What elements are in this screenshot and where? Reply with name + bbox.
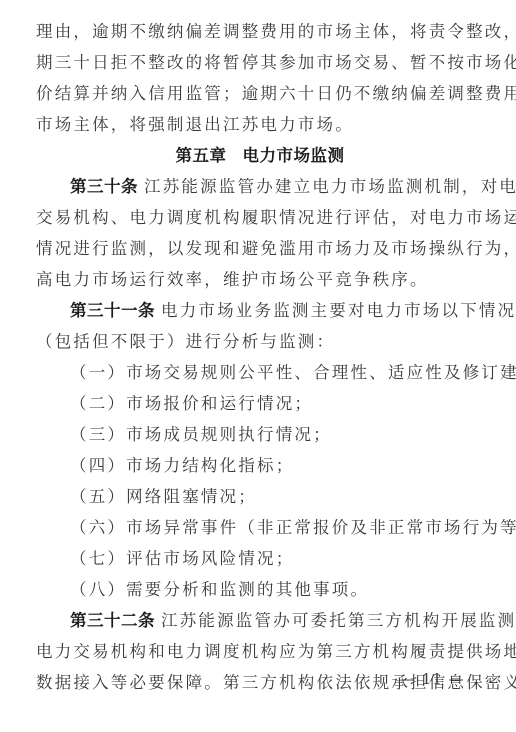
list-item: （二）市场报价和运行情况；	[36, 388, 474, 419]
article-31: 第三十一条电力市场业务监测主要对电力市场以下情况 （包括但不限于）进行分析与监测…	[36, 295, 474, 605]
text-line: 市场主体，将强制退出江苏电力市场。	[36, 109, 474, 140]
text-line: 价结算并纳入信用监管；逾期六十日仍不缴纳偏差调整费用的	[36, 78, 474, 109]
text-line: 电力交易机构和电力调度机构应为第三方机构履责提供场地、	[36, 636, 474, 667]
text-line: 情况进行监测，以发现和避免滥用市场力及市场操纵行为，提	[36, 233, 474, 264]
article-text: 电力市场业务监测主要对电力市场以下情况	[161, 301, 516, 320]
article-title: 第三十二条	[70, 611, 155, 630]
document-page: 理由，逾期不缴纳偏差调整费用的市场主体，将责令整改，逾 期三十日拒不整改的将暂停…	[36, 16, 474, 698]
text-line: 理由，逾期不缴纳偏差调整费用的市场主体，将责令整改，逾	[36, 16, 474, 47]
article-title: 第三十一条	[70, 301, 155, 320]
article-first-line: 第三十一条电力市场业务监测主要对电力市场以下情况	[36, 295, 474, 326]
article-title: 第三十条	[70, 177, 138, 196]
article-30: 第三十条江苏能源监管办建立电力市场监测机制，对电力 交易机构、电力调度机构履职情…	[36, 171, 474, 295]
article-text: 江苏能源监管办可委托第三方机构开展监测。	[161, 611, 516, 630]
article-first-line: 第三十二条江苏能源监管办可委托第三方机构开展监测。	[36, 605, 474, 636]
list-item: （八）需要分析和监测的其他事项。	[36, 574, 474, 605]
article-text: 江苏能源监管办建立电力市场监测机制，对电力	[144, 177, 516, 196]
list-item: （六）市场异常事件（非正常报价及非正常市场行为等）；	[36, 512, 474, 543]
continuation-paragraph: 理由，逾期不缴纳偏差调整费用的市场主体，将责令整改，逾 期三十日拒不整改的将暂停…	[36, 16, 474, 140]
text-line: （包括但不限于）进行分析与监测：	[36, 326, 474, 357]
article-first-line: 第三十条江苏能源监管办建立电力市场监测机制，对电力	[36, 171, 474, 202]
list-item: （三）市场成员规则执行情况；	[36, 419, 474, 450]
chapter-heading: 第五章电力市场监测	[46, 140, 474, 171]
page-number: — 11 —	[400, 670, 465, 688]
list-item: （七）评估市场风险情况；	[36, 543, 474, 574]
list-item: （四）市场力结构化指标；	[36, 450, 474, 481]
text-line: 交易机构、电力调度机构履职情况进行评估，对电力市场运行	[36, 202, 474, 233]
list-item: （一）市场交易规则公平性、合理性、适应性及修订建议；	[36, 357, 474, 388]
chapter-title: 电力市场监测	[243, 146, 345, 165]
list-item: （五）网络阻塞情况；	[36, 481, 474, 512]
text-line: 期三十日拒不整改的将暂停其参加市场交易、暂不按市场化电	[36, 47, 474, 78]
chapter-number: 第五章	[176, 146, 227, 165]
text-line: 高电力市场运行效率，维护市场公平竞争秩序。	[36, 264, 474, 295]
